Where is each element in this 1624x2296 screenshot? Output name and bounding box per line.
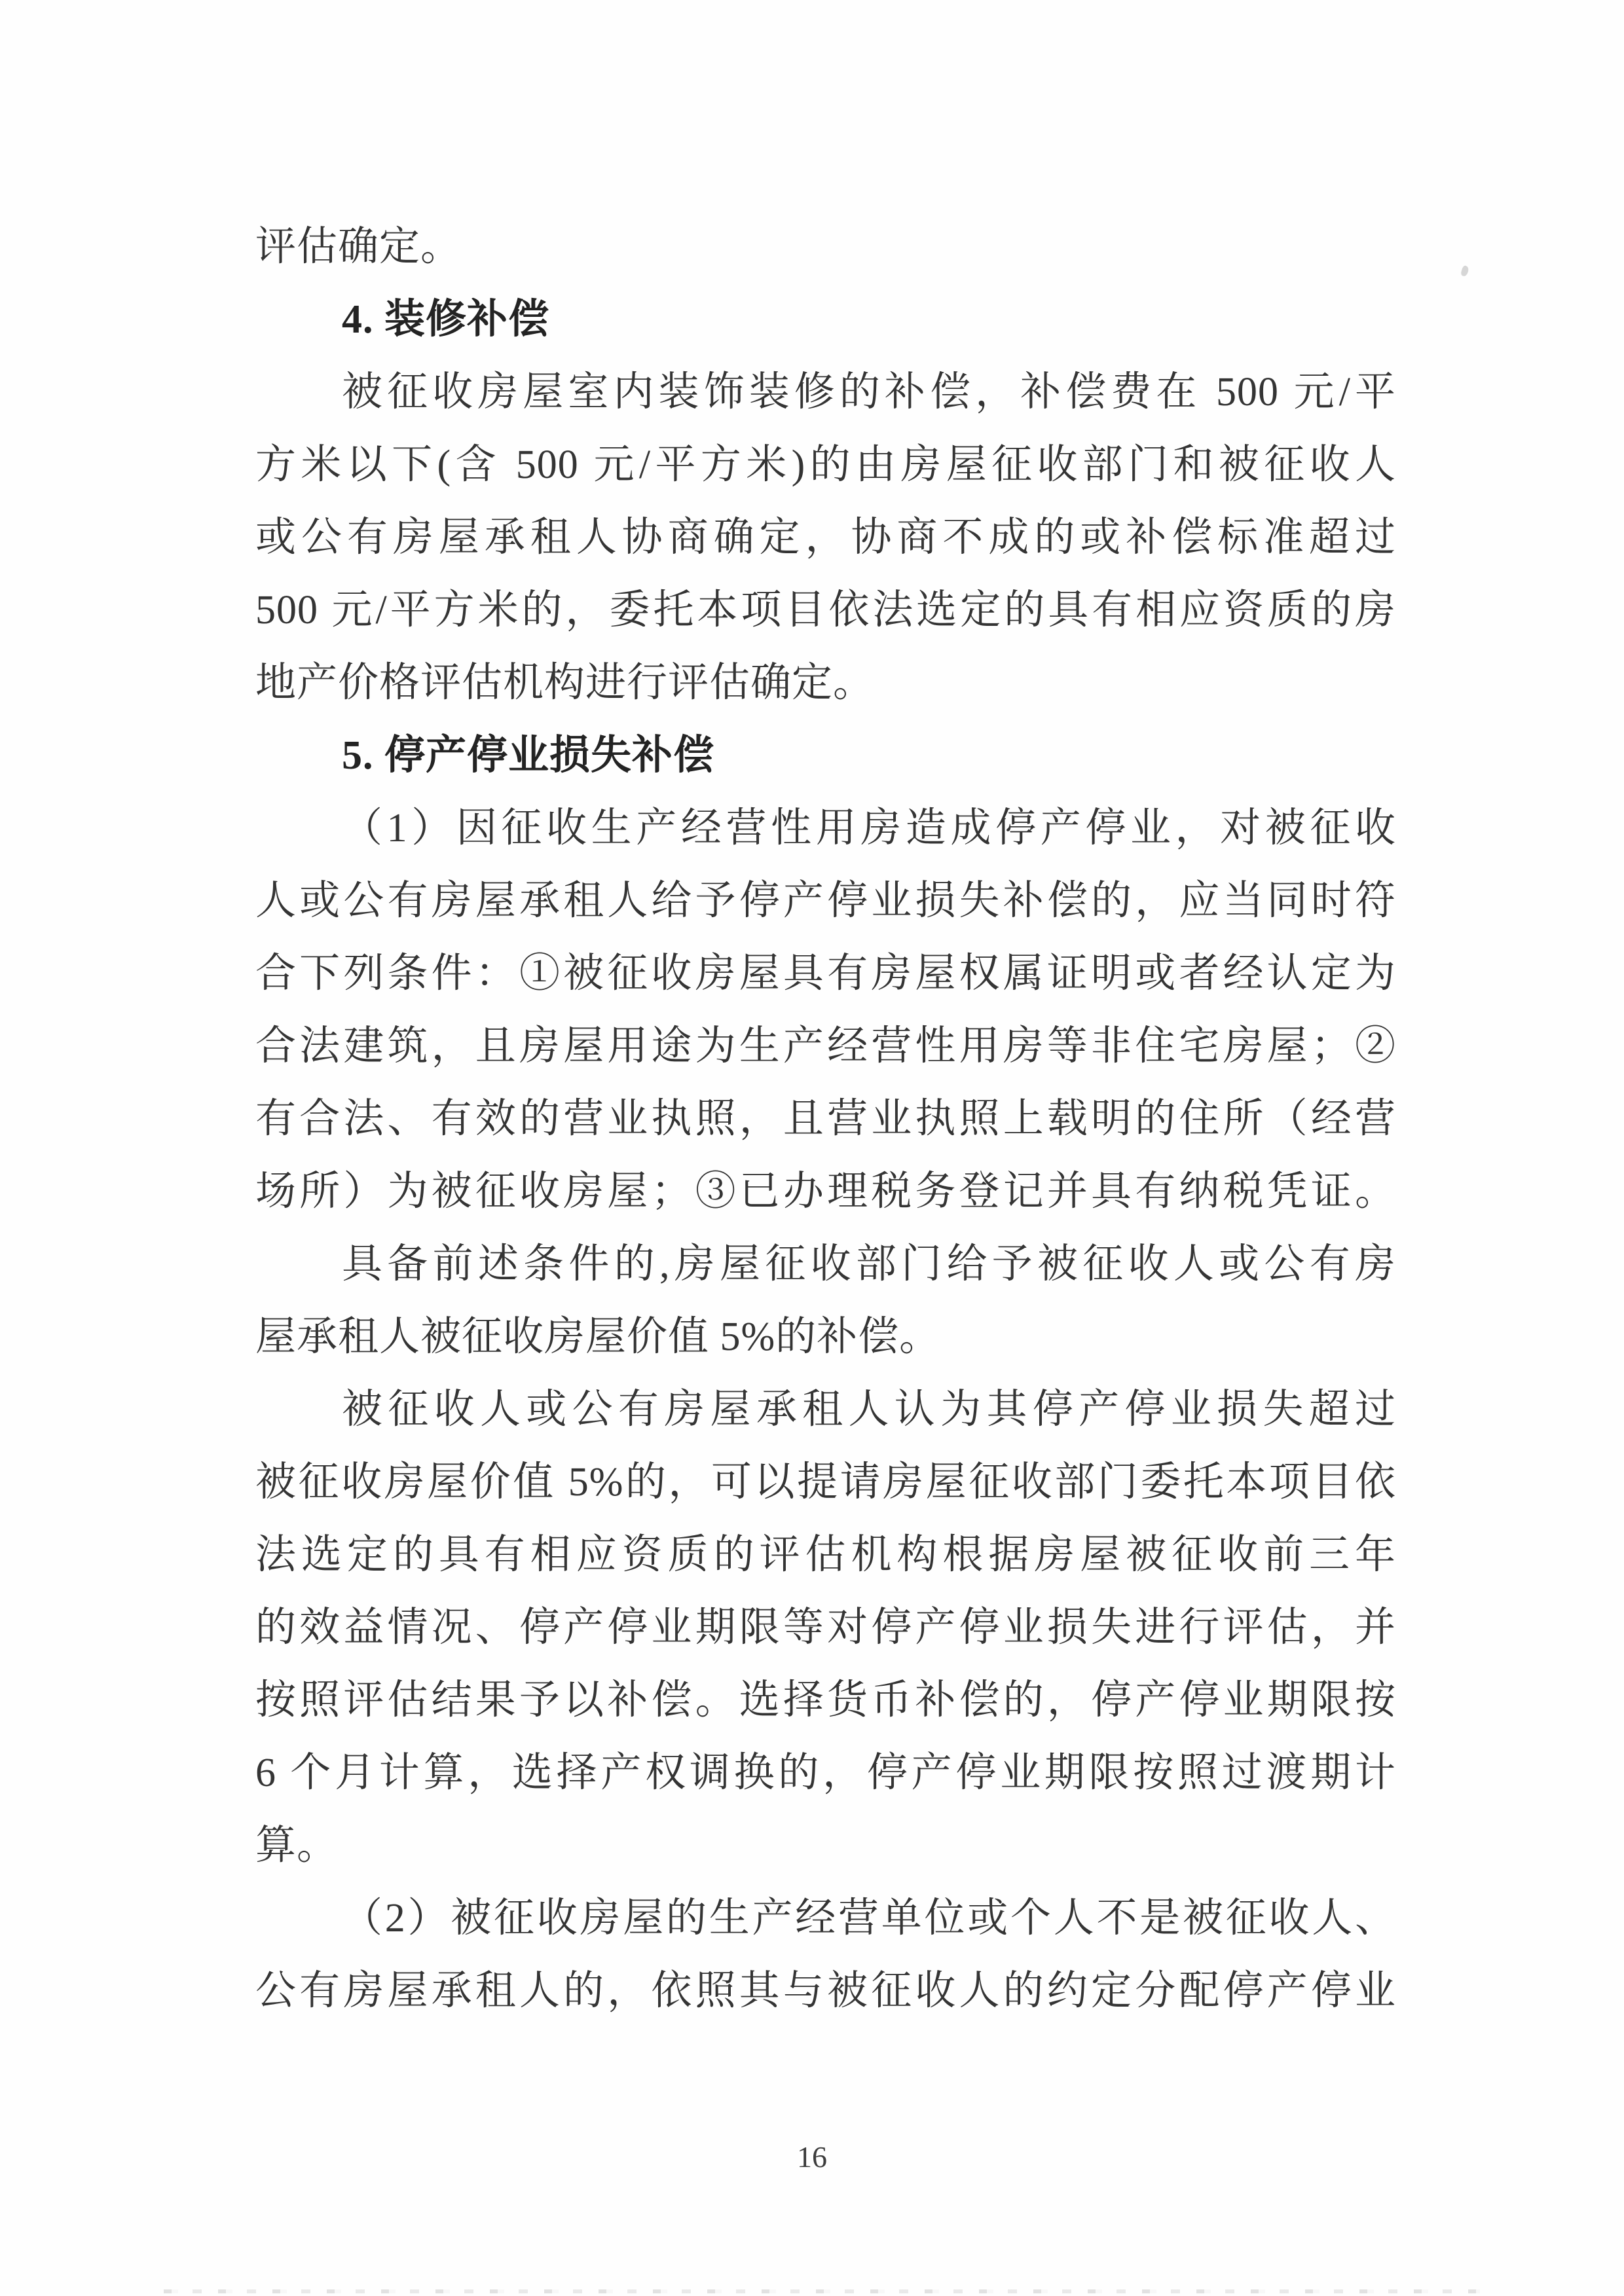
text-line: 地产价格评估机构进行评估确定。: [255, 647, 1396, 720]
text-line: 场所）为被征收房屋；③已办理税务登记并具有纳税凭证。: [255, 1156, 1396, 1228]
scan-noise-speck: [1460, 265, 1469, 277]
text-line: 方米以下(含 500 元/平方米)的由房屋征收部门和被征收人: [255, 429, 1396, 501]
text-line: 屋承租人被征收房屋价值 5%的补偿。: [255, 1301, 1396, 1374]
text-line: 具备前述条件的,房屋征收部门给予被征收人或公有房: [255, 1228, 1396, 1301]
text-line: 被征收房屋室内装饰装修的补偿，补偿费在 500 元/平: [255, 356, 1396, 429]
text-line: （1）因征收生产经营性用房造成停产停业，对被征收: [255, 792, 1396, 865]
text-line: 评估确定。: [255, 211, 1396, 283]
text-line: 算。: [255, 1810, 1396, 1882]
text-line: 合法建筑，且房屋用途为生产经营性用房等非住宅房屋；②: [255, 1010, 1396, 1083]
text-line: 合下列条件：①被征收房屋具有房屋权属证明或者经认定为: [255, 938, 1396, 1010]
page-number: 16: [0, 2140, 1624, 2174]
text-line: 6 个月计算，选择产权调换的，停产停业期限按照过渡期计: [255, 1737, 1396, 1810]
section-heading-5: 5. 停产停业损失补偿: [255, 720, 1396, 792]
document-page: 评估确定。 4. 装修补偿 被征收房屋室内装饰装修的补偿，补偿费在 500 元/…: [0, 0, 1624, 2296]
text-line: （2）被征收房屋的生产经营单位或个人不是被征收人、: [255, 1882, 1396, 1955]
text-line: 500 元/平方米的，委托本项目依法选定的具有相应资质的房: [255, 574, 1396, 647]
text-line: 人或公有房屋承租人给予停产停业损失补偿的，应当同时符: [255, 865, 1396, 938]
text-line: 有合法、有效的营业执照，且营业执照上载明的住所（经营: [255, 1083, 1396, 1156]
text-line: 被征收房屋价值 5%的，可以提请房屋征收部门委托本项目依: [255, 1446, 1396, 1519]
text-line: 法选定的具有相应资质的评估机构根据房屋被征收前三年: [255, 1519, 1396, 1592]
scan-artifact-bottom-edge: [164, 2289, 1480, 2293]
text-line: 被征收人或公有房屋承租人认为其停产停业损失超过: [255, 1374, 1396, 1446]
text-line: 按照评估结果予以补偿。选择货币补偿的，停产停业期限按: [255, 1664, 1396, 1737]
section-heading-4: 4. 装修补偿: [255, 283, 1396, 356]
text-line: 的效益情况、停产停业期限等对停产停业损失进行评估，并: [255, 1592, 1396, 1664]
document-body: 评估确定。 4. 装修补偿 被征收房屋室内装饰装修的补偿，补偿费在 500 元/…: [255, 211, 1396, 2028]
text-line: 或公有房屋承租人协商确定，协商不成的或补偿标准超过: [255, 501, 1396, 574]
text-line: 公有房屋承租人的，依照其与被征收人的约定分配停产停业: [255, 1955, 1396, 2028]
